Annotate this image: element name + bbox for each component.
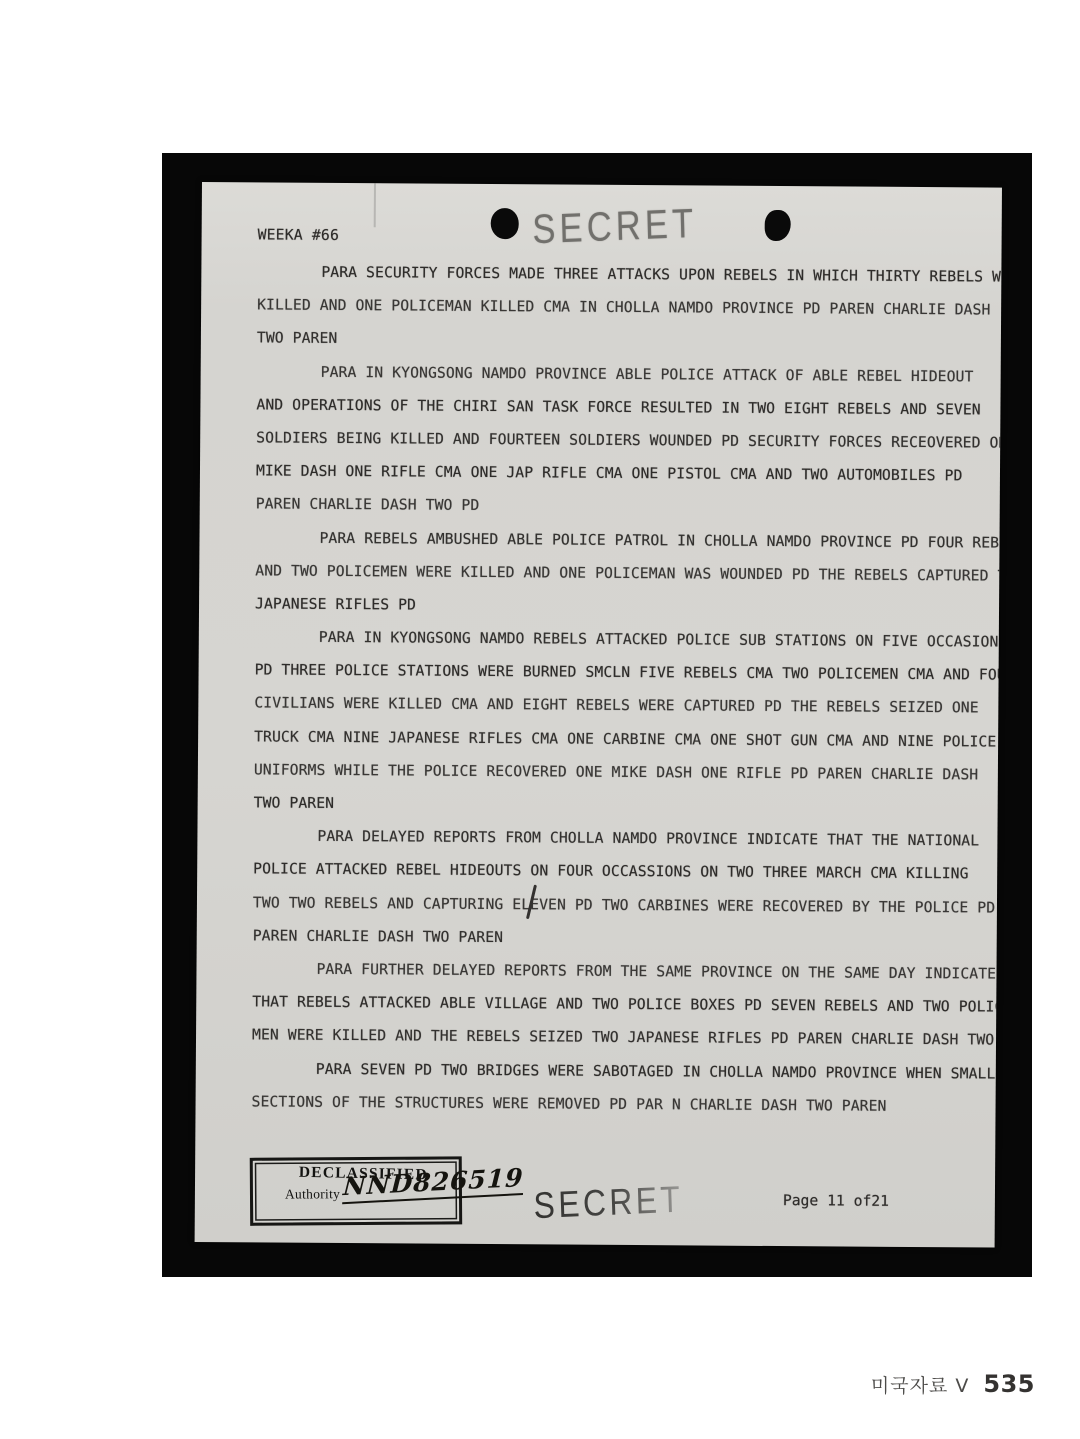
declassified-stamp: DECLASSIFIED Authority NND826519 [250,1156,462,1225]
document-line: AND OPERATIONS OF THE CHIRI SAN TASK FOR… [256,388,1000,426]
punch-hole-right [765,210,791,241]
document-line: PAREN CHARLIE DASH TWO PD [256,488,1000,526]
document-line: PARA DELAYED REPORTS FROM CHOLLA NAMDO P… [253,820,997,858]
document-line: PARA FURTHER DELAYED REPORTS FROM THE SA… [252,952,996,990]
document-body: PARA SECURITY FORCES MADE THREE ATTACKS … [251,255,1001,1123]
scanned-document-page: SECRET WEEKA #66 PARA SECURITY FORCES MA… [195,182,1002,1248]
book-footer-page-number: 535 [983,1370,1035,1398]
document-line: PAREN CHARLIE DASH TWO PAREN [253,919,997,957]
document-line: PARA SEVEN PD TWO BRIDGES WERE SABOTAGED… [252,1052,996,1090]
document-line: TWO PAREN [257,322,1001,360]
book-footer-series-label: 미국자료 V [871,1371,969,1398]
document-line: AND TWO POLICEMEN WERE KILLED AND ONE PO… [255,554,999,592]
scanner-black-background: SECRET WEEKA #66 PARA SECURITY FORCES MA… [162,153,1032,1277]
document-line: JAPANESE RIFLES PD [255,587,999,625]
document-line: PARA SECURITY FORCES MADE THREE ATTACKS … [257,255,1001,293]
page-number-label: Page 11 of21 [783,1192,889,1210]
document-line: KILLED AND ONE POLICEMAN KILLED CMA IN C… [257,289,1001,327]
document-line: TWO TWO REBELS AND CAPTURING ELEVEN PD T… [253,886,997,924]
document-line: PD THREE POLICE STATIONS WERE BURNED SMC… [254,654,998,692]
document-header: WEEKA #66 [258,226,340,244]
document-line: SECTIONS OF THE STRUCTURES WERE REMOVED … [251,1085,995,1123]
document-line: PARA IN KYONGSONG NAMDO REBELS ATTACKED … [255,620,999,658]
document-line: MIKE DASH ONE RIFLE CMA ONE JAP RIFLE CM… [256,455,1000,493]
document-line: MEN WERE KILLED AND THE REBELS SEIZED TW… [252,1019,996,1057]
document-line: PARA REBELS AMBUSHED ABLE POLICE PATROL … [255,521,999,559]
paper-crease [374,183,376,227]
document-line: POLICE ATTACKED REBEL HIDEOUTS ON FOUR O… [253,853,997,891]
secret-stamp-bottom: SECRET [533,1178,684,1227]
document-line: SOLDIERS BEING KILLED AND FOURTEEN SOLDI… [256,421,1000,459]
document-line: TWO PAREN [254,786,998,824]
secret-stamp-top: SECRET [532,200,698,253]
document-line: UNIFORMS WHILE THE POLICE RECOVERED ONE … [254,753,998,791]
document-line: CIVILIANS WERE KILLED CMA AND EIGHT REBE… [254,687,998,725]
document-line: TRUCK CMA NINE JAPANESE RIFLES CMA ONE C… [254,720,998,758]
declassified-authority-label: Authority [285,1186,340,1202]
punch-hole-left [491,208,519,239]
document-line: THAT REBELS ATTACKED ABLE VILLAGE AND TW… [252,985,996,1023]
book-footer: 미국자료 V 535 [871,1370,1035,1398]
document-line: PARA IN KYONGSONG NAMDO PROVINCE ABLE PO… [257,355,1001,393]
